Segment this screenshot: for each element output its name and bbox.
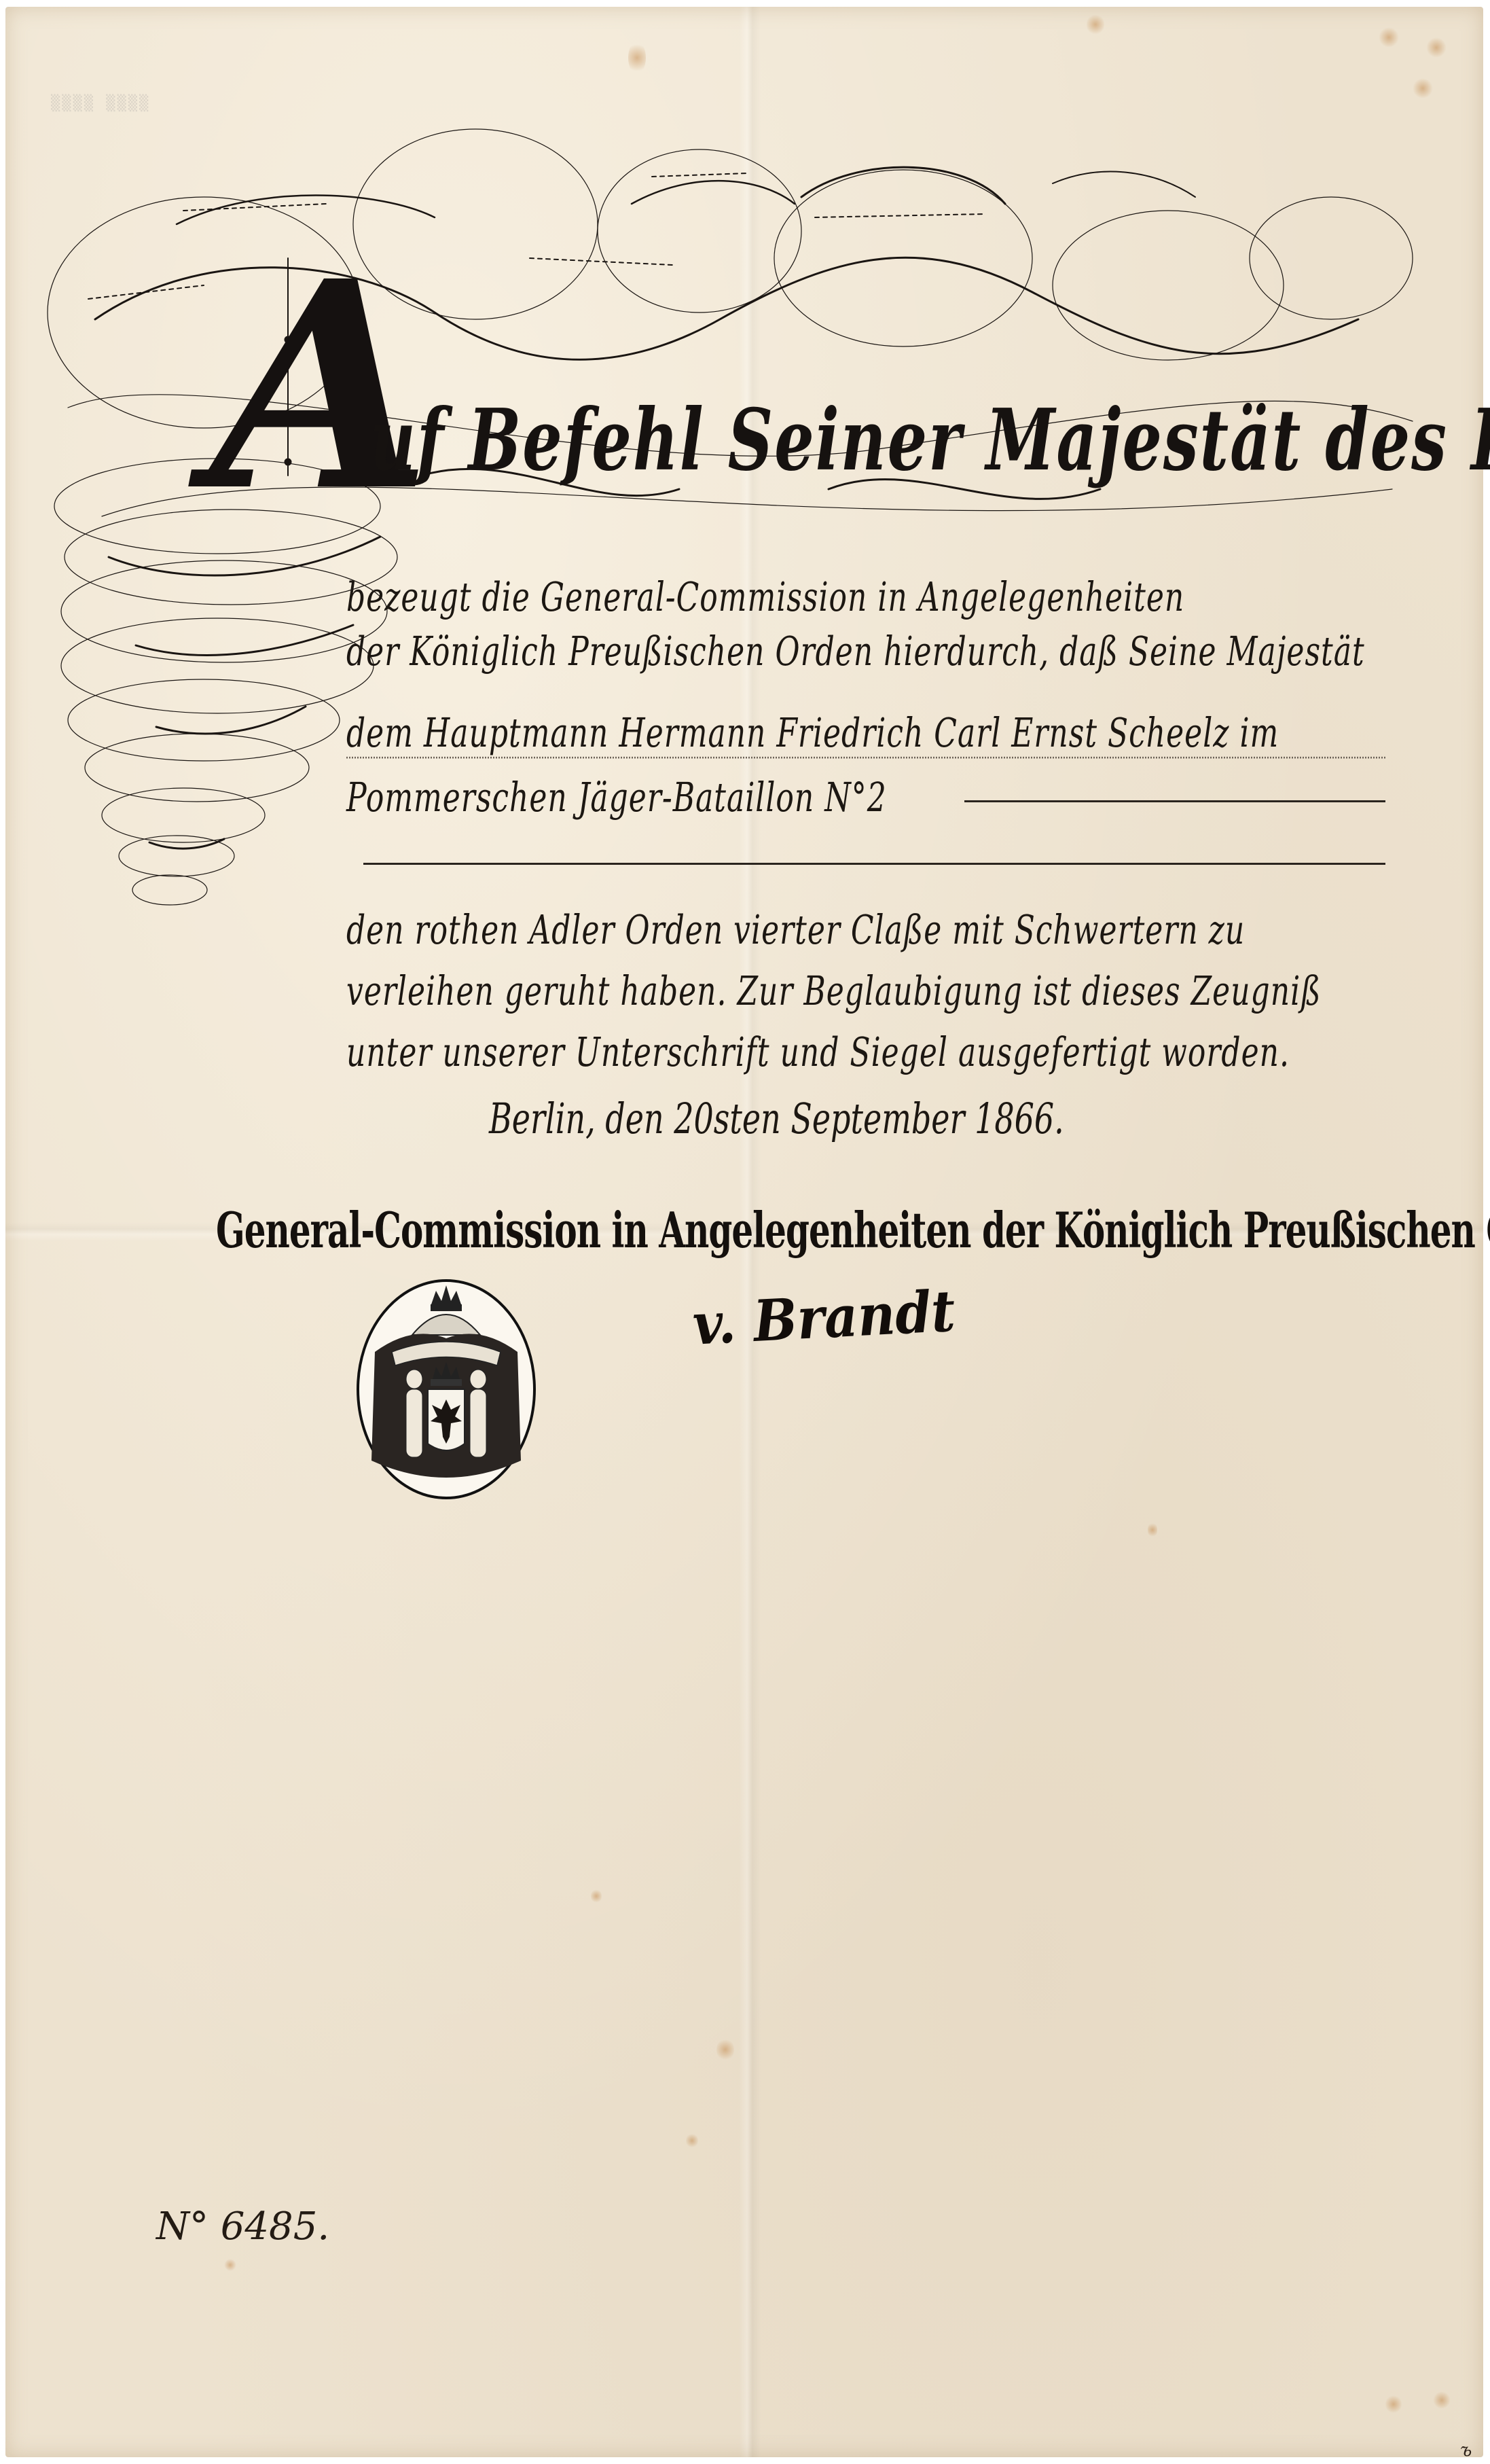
foxing-stain bbox=[686, 2133, 698, 2148]
divider-rule bbox=[363, 863, 1385, 865]
foxing-stain bbox=[1087, 14, 1104, 35]
certificate-number: N° 6485. bbox=[156, 2204, 329, 2249]
award-line-1: den rothen Adler Orden vierter Claße mit… bbox=[346, 907, 1385, 954]
coat-of-arms-seal-icon bbox=[355, 1277, 538, 1501]
foxing-stain bbox=[1433, 2391, 1451, 2409]
foxing-stain bbox=[1379, 27, 1399, 48]
foxing-stain bbox=[1385, 2395, 1402, 2414]
fill-in-rule bbox=[964, 800, 1385, 802]
award-line-3: unter unserer Unterschrift und Siegel au… bbox=[346, 1029, 1385, 1076]
foxing-stain bbox=[716, 2038, 734, 2061]
certificate-heading: uf Befehl Seiner Majestät des Königs bbox=[370, 391, 1423, 490]
place-and-date: Berlin, den 20sten September 1866. bbox=[489, 1094, 1064, 1143]
foxing-stain bbox=[628, 41, 646, 75]
foxing-stain bbox=[1413, 78, 1433, 99]
official-signature: v. Brandt bbox=[691, 1278, 957, 1358]
foxing-stain bbox=[224, 2259, 236, 2271]
body-line-1: bezeugt die General-Commission in Angele… bbox=[346, 574, 1385, 621]
foxing-stain bbox=[1426, 37, 1447, 58]
award-line-2: verleihen geruht haben. Zur Beglaubigung… bbox=[346, 968, 1385, 1015]
corner-pencil-mark: ъ bbox=[1460, 2440, 1472, 2461]
foxing-stain bbox=[591, 1889, 602, 1904]
recipient-name-line: dem Hauptmann Hermann Friedrich Carl Ern… bbox=[346, 710, 1385, 759]
body-line-2: der Königlich Preußischen Orden hierdurc… bbox=[346, 628, 1385, 675]
issuing-authority: General-Commission in Angelegenheiten de… bbox=[216, 1201, 1384, 1260]
foxing-stain bbox=[1148, 1522, 1157, 1538]
unit-line: Pommerschen Jäger-Bataillon N°2 bbox=[346, 774, 944, 821]
faint-stamp-mark: ▒▒▒▒ ▒▒▒▒ bbox=[51, 95, 150, 112]
